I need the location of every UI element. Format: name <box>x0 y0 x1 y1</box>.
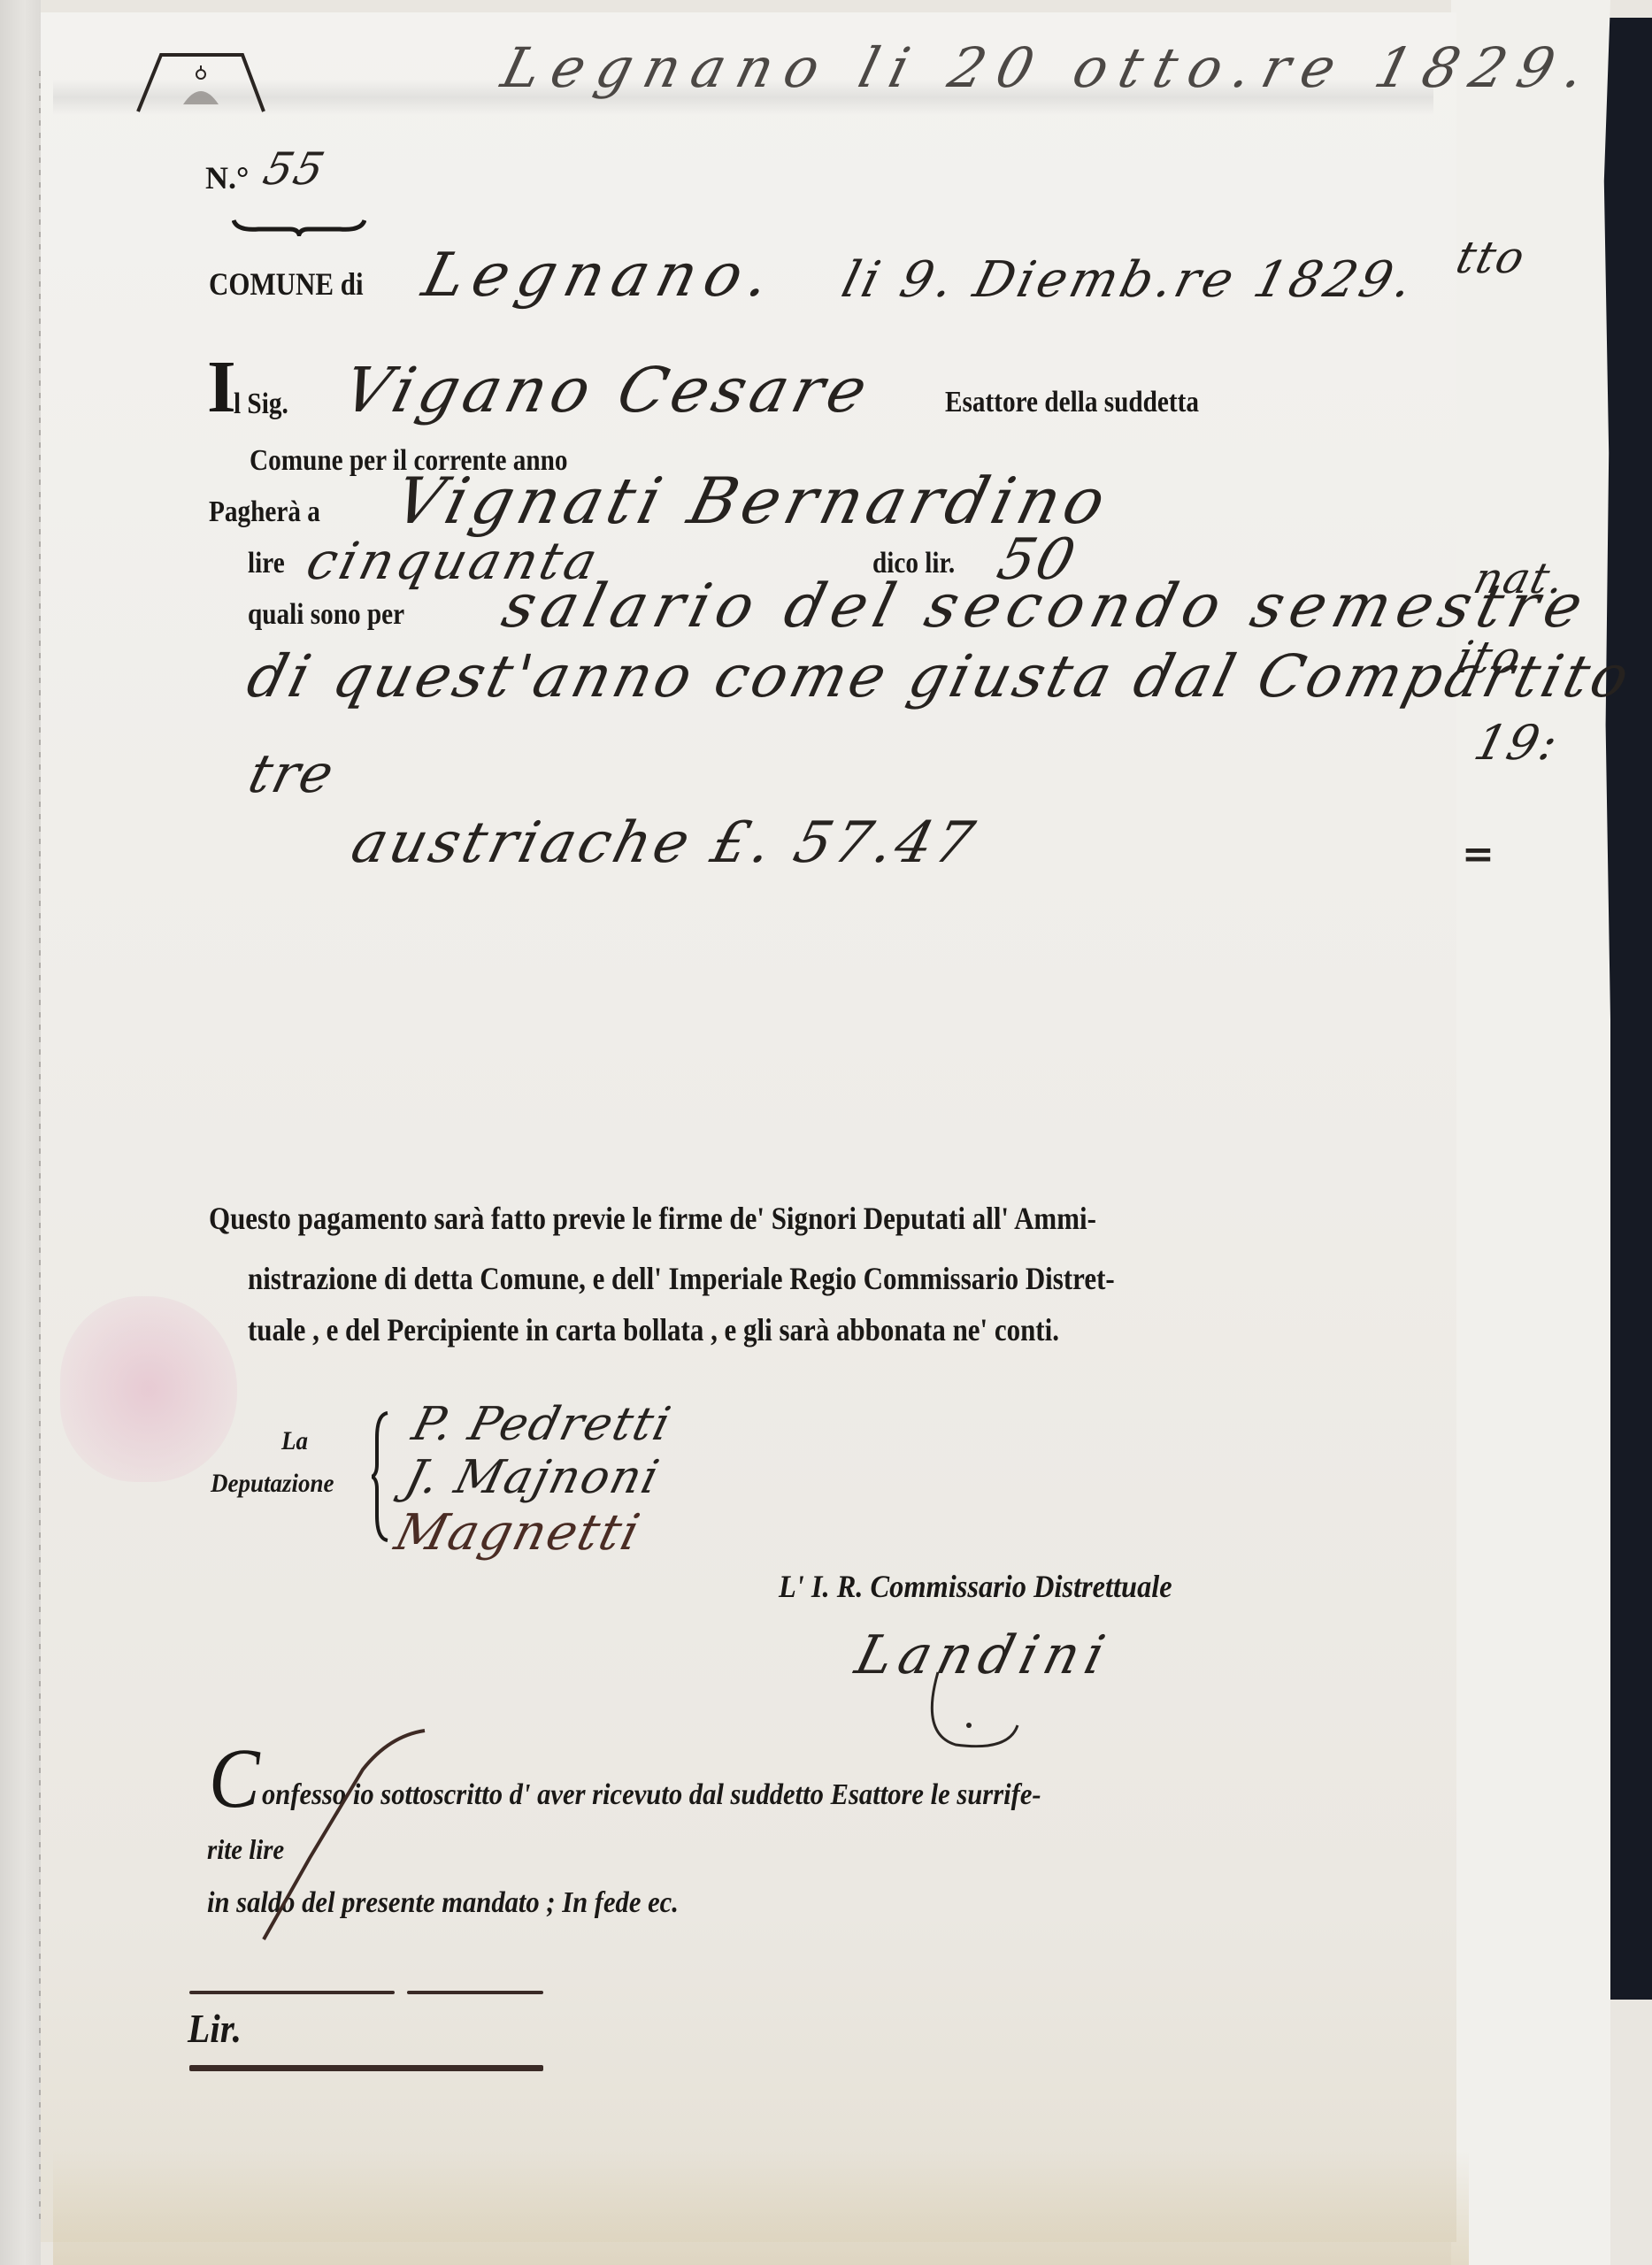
margin-note-5: = <box>1462 832 1496 877</box>
rule-lower <box>189 2065 543 2071</box>
total-label: Lir. <box>188 2005 242 2052</box>
conditions-line2: nistrazione di detta Comune, e dell' Imp… <box>248 1260 1115 1297</box>
purpose-line3: tre <box>242 743 342 805</box>
deputazione-signature-1: P. Pedretti <box>407 1398 677 1451</box>
deputazione-label-2: Deputazione <box>211 1469 334 1499</box>
brace-icon <box>372 1411 391 1542</box>
number-label: N.° <box>205 159 249 196</box>
drop-cap-i: I <box>207 350 236 425</box>
purpose-line1: salario del secondo semestre <box>496 572 1596 641</box>
cancel-stroke-icon <box>212 1725 442 1955</box>
rule-upper-left <box>189 1991 395 1994</box>
collector-prefix: l Sig. <box>234 388 288 421</box>
deputazione-signature-2: J. Majnoni <box>400 1451 665 1504</box>
conditions-line3: tuale , e del Percipiente in carta bolla… <box>248 1311 1059 1348</box>
top-annotation: Legnano li 20 otto.re 1829. <box>496 35 1603 100</box>
margin-note-2: nat. <box>1469 554 1571 603</box>
amount-label: lire <box>248 547 285 580</box>
signature-flourish-icon <box>920 1663 1026 1761</box>
margin-note-1: tto <box>1451 232 1532 283</box>
collector-role: Esattore della suddetta <box>945 386 1199 419</box>
payee-label: Pagherà a <box>209 495 320 529</box>
underlying-page-left <box>0 0 41 2265</box>
deputazione-label-1: La <box>281 1426 308 1456</box>
purpose-label: quali sono per <box>248 598 404 632</box>
commissario-label: L' I. R. Commissario Distrettuale <box>779 1568 1172 1605</box>
paper-stain <box>53 2150 1469 2265</box>
conditions-line1: Questo pagamento sarà fatto previe le fi… <box>209 1200 1096 1237</box>
number-value: 55 <box>258 143 331 195</box>
margin-note-3: ito <box>1451 632 1528 683</box>
municipality-value: Legnano. <box>416 241 786 311</box>
underlying-page-right <box>1451 0 1610 2265</box>
pink-stamp-mark <box>60 1296 237 1482</box>
municipality-label: COMUNE di <box>209 265 364 303</box>
margin-note-4: 19: <box>1469 715 1565 771</box>
deputazione-signature-3: Magnetti <box>389 1504 647 1562</box>
document-date: li 9. Diemb.re 1829. <box>836 251 1422 309</box>
collector-name: Vigano Cesare <box>336 354 880 426</box>
crown-emblem-icon <box>134 51 267 113</box>
rule-upper-right <box>407 1991 543 1994</box>
purpose-line2: di quest'anno come giusta dal Compartito <box>241 642 1639 710</box>
brace-ornament-icon <box>232 217 366 236</box>
purpose-line4: austriache £. 57.47 <box>345 810 984 876</box>
